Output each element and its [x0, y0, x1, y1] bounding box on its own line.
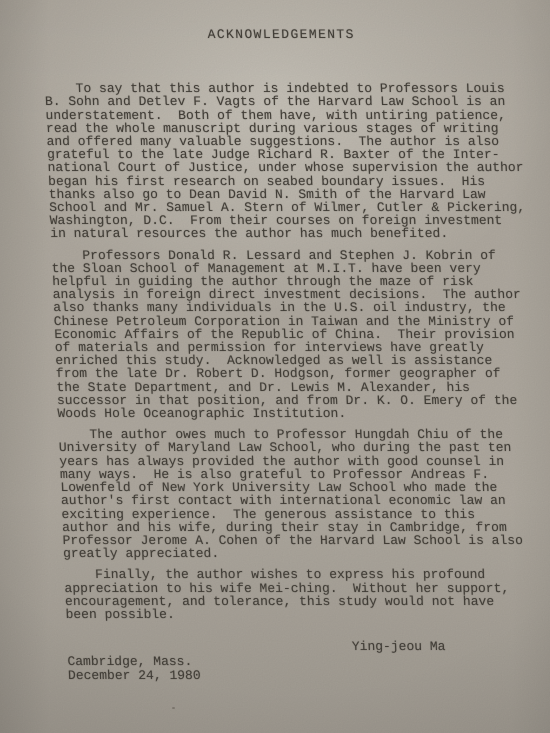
page-content: ACKNOWLEDGEMENTS To say that this author…: [42, 28, 550, 682]
scanned-page-photo: ACKNOWLEDGEMENTS To say that this author…: [0, 0, 550, 733]
dust-speck: [172, 707, 175, 709]
closing-place: Cambridge, Mass.: [67, 655, 550, 668]
closing-block: Cambridge, Mass. December 24, 1980: [67, 655, 550, 681]
closing-date: December 24, 1980: [68, 669, 550, 682]
acknowledgements-paragraph-1: To say that this author is indebted to P…: [44, 82, 544, 240]
author-signature: Ying-jeou Ma: [67, 640, 550, 653]
acknowledgements-paragraph-3: The author owes much to Professor Hungda…: [58, 428, 550, 560]
page-title: ACKNOWLEDGEMENTS: [26, 28, 537, 41]
acknowledgements-paragraph-4: Finally, the author wishes to express hi…: [64, 568, 550, 621]
acknowledgements-paragraph-2: Professors Donald R. Lessard and Stephen…: [51, 249, 550, 421]
